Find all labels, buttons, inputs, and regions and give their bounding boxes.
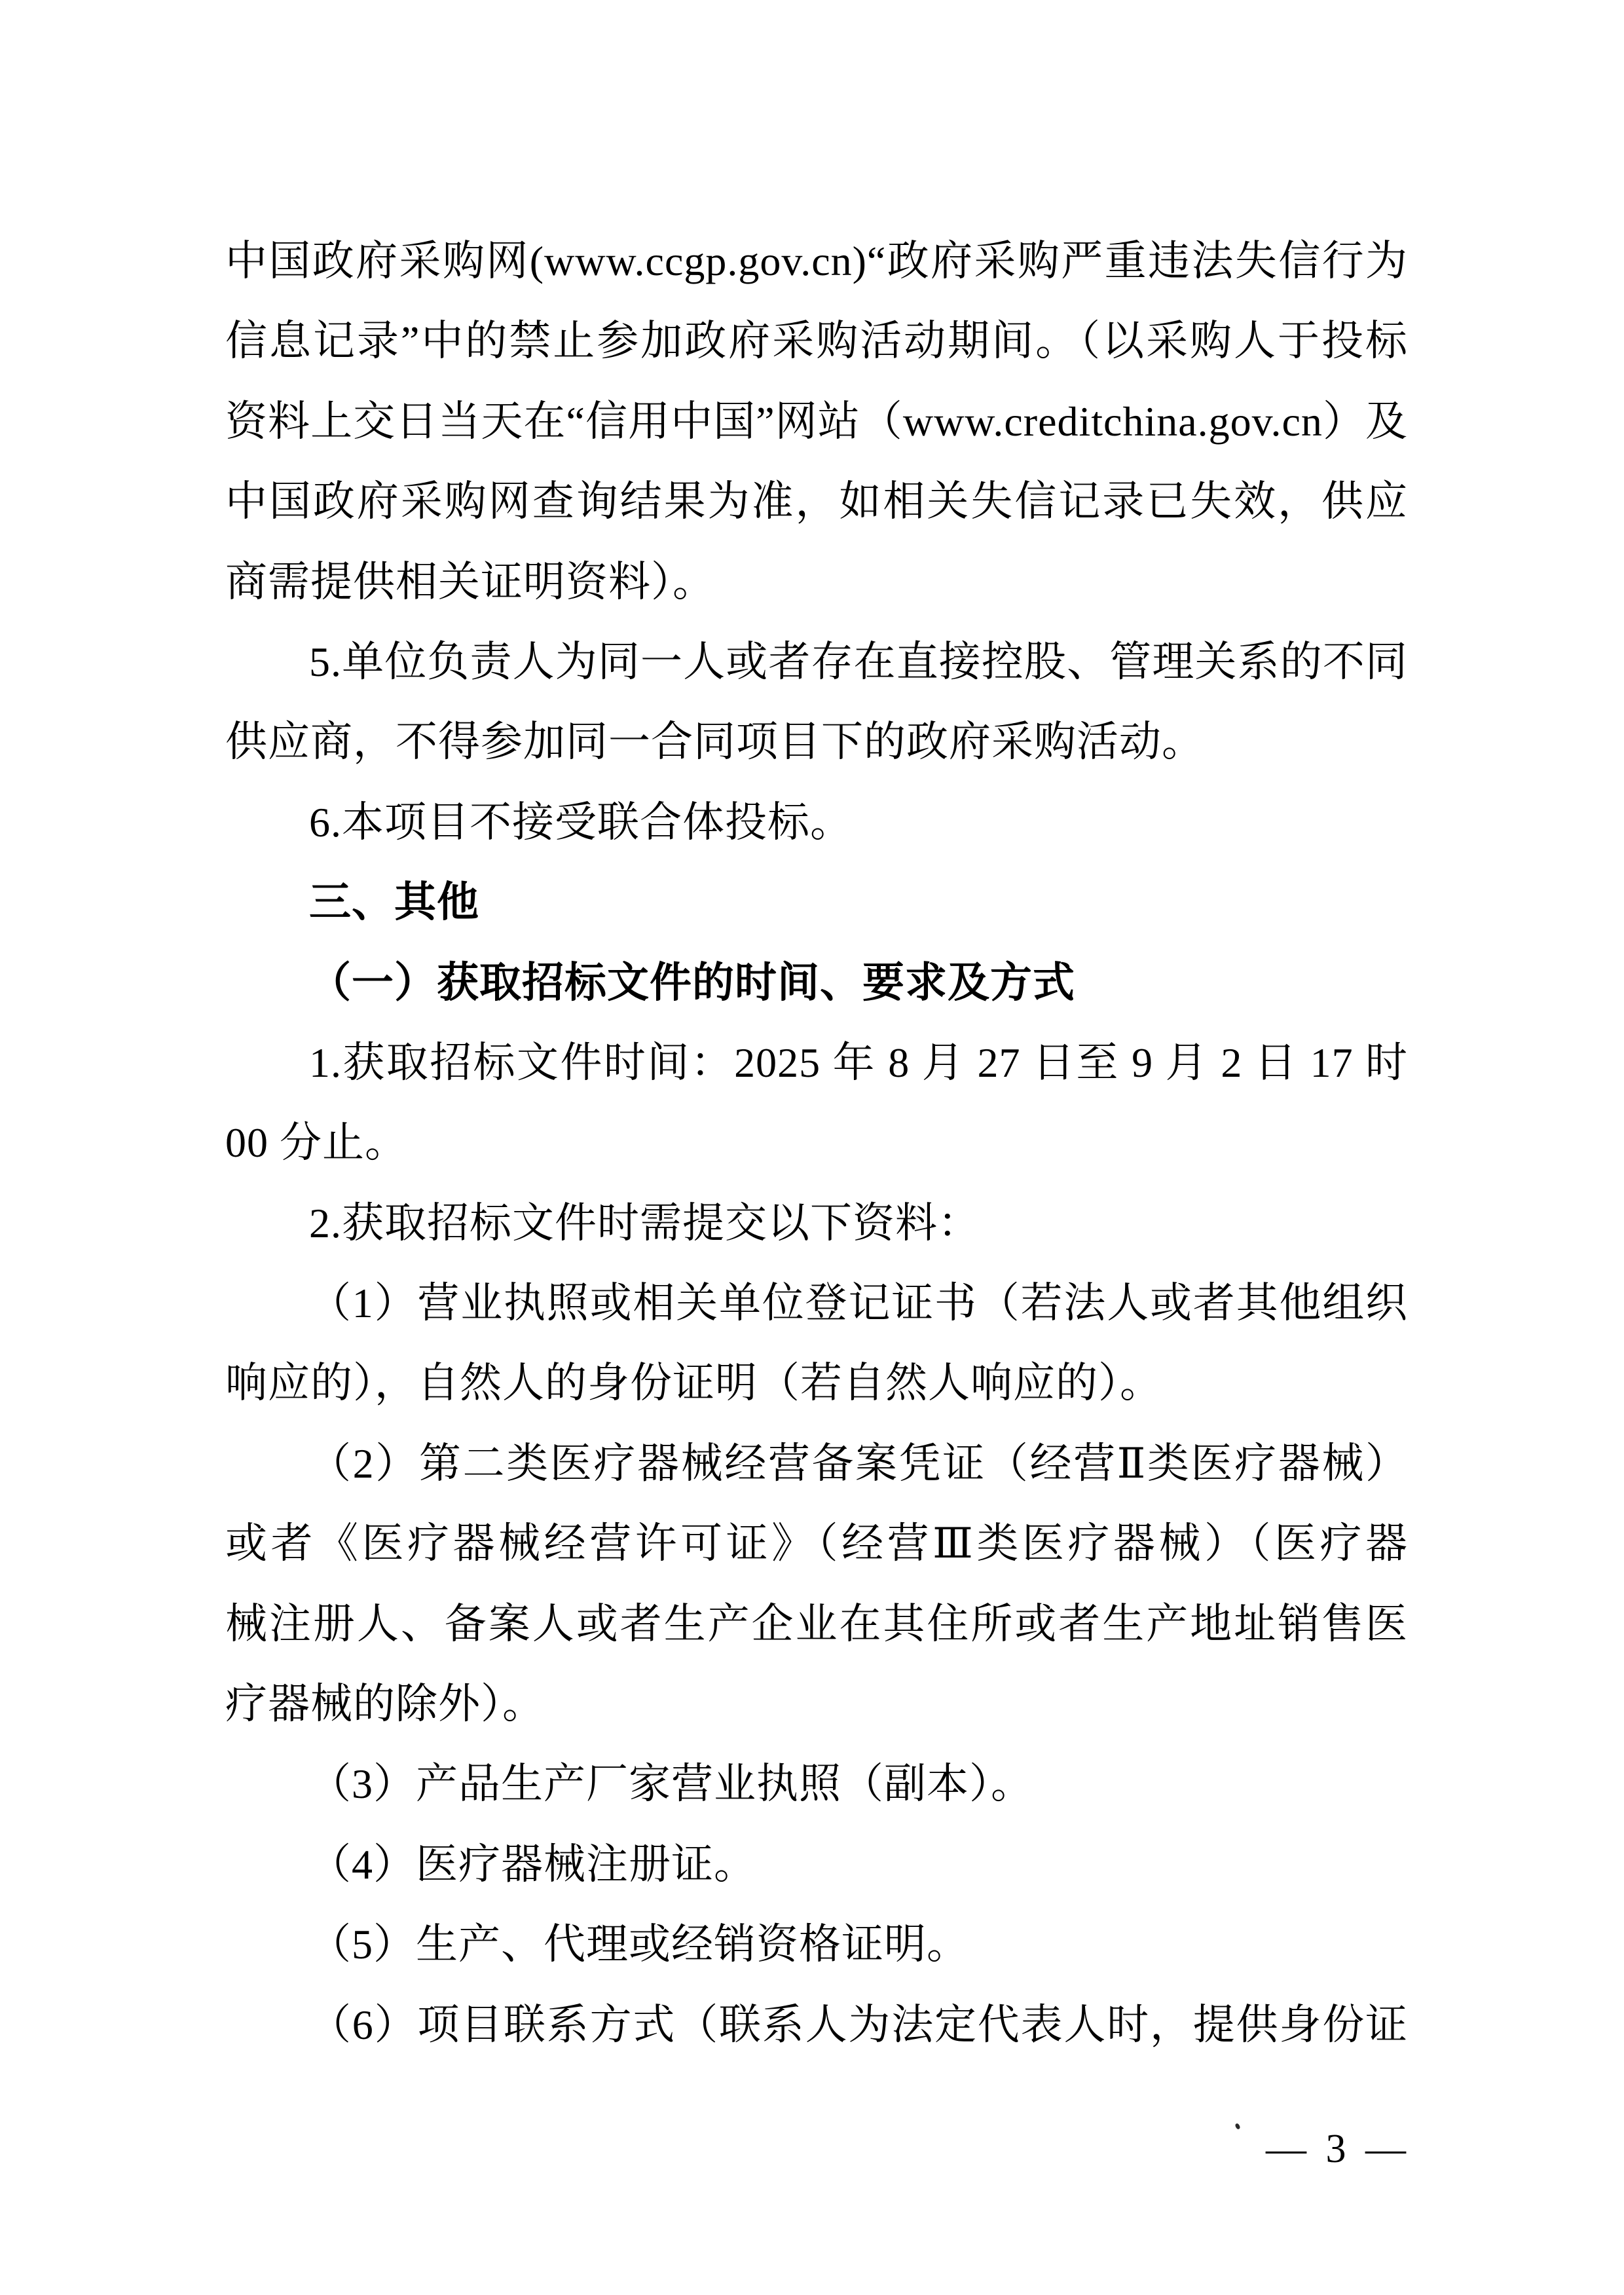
- text-line: 供应商，不得参加同一合同项目下的政府采购活动。: [225, 702, 1408, 782]
- text-line: 商需提供相关证明资料）。: [225, 542, 1408, 622]
- text-line: 疗器械的除外）。: [225, 1664, 1408, 1744]
- text-line: （6）项目联系方式（联系人为法定代表人时，提供身份证: [225, 1985, 1408, 2065]
- page-number: — 3 —: [1264, 2129, 1408, 2169]
- text-line: 中国政府采购网查询结果为准，如相关失信记录已失效，供应: [225, 462, 1408, 542]
- text-line: 5.单位负责人为同一人或者存在直接控股、管理关系的不同: [225, 622, 1408, 702]
- text-line: （2）第二类医疗器械经营备案凭证（经营Ⅱ类医疗器械）: [225, 1424, 1408, 1504]
- document-body: 中国政府采购网(www.ccgp.gov.cn)“政府采购严重违法失信行为信息记…: [225, 221, 1408, 2065]
- text-line: 信息记录”中的禁止参加政府采购活动期间。（以采购人于投标: [225, 301, 1408, 381]
- text-line: （4）医疗器械注册证。: [225, 1825, 1408, 1905]
- text-line: 中国政府采购网(www.ccgp.gov.cn)“政府采购严重违法失信行为: [225, 221, 1408, 301]
- text-line: 6.本项目不接受联合体投标。: [225, 783, 1408, 863]
- text-line: 械注册人、备案人或者生产企业在其住所或者生产地址销售医: [225, 1584, 1408, 1664]
- text-line: 1.获取招标文件时间：2025 年 8 月 27 日至 9 月 2 日 17 时: [225, 1023, 1408, 1103]
- text-line: 三、其他: [225, 863, 1408, 942]
- text-line: （5）生产、代理或经销资格证明。: [225, 1905, 1408, 1985]
- text-line: 或者《医疗器械经营许可证》（经营Ⅲ类医疗器械）（医疗器: [225, 1504, 1408, 1584]
- text-line: （一）获取招标文件的时间、要求及方式: [225, 943, 1408, 1023]
- text-line: （1）营业执照或相关单位登记证书（若法人或者其他组织: [225, 1263, 1408, 1343]
- text-line: 资料上交日当天在“信用中国”网站（www.creditchina.gov.cn）…: [225, 382, 1408, 462]
- text-line: 响应的），自然人的身份证明（若自然人响应的）。: [225, 1343, 1408, 1423]
- text-line: （3）产品生产厂家营业执照（副本）。: [225, 1744, 1408, 1824]
- text-line: 00 分止。: [225, 1103, 1408, 1183]
- scan-artifact-dot: [1234, 2123, 1241, 2130]
- document-page: 中国政府采购网(www.ccgp.gov.cn)“政府采购严重违法失信行为信息记…: [0, 0, 1624, 2295]
- text-line: 2.获取招标文件时需提交以下资料：: [225, 1184, 1408, 1263]
